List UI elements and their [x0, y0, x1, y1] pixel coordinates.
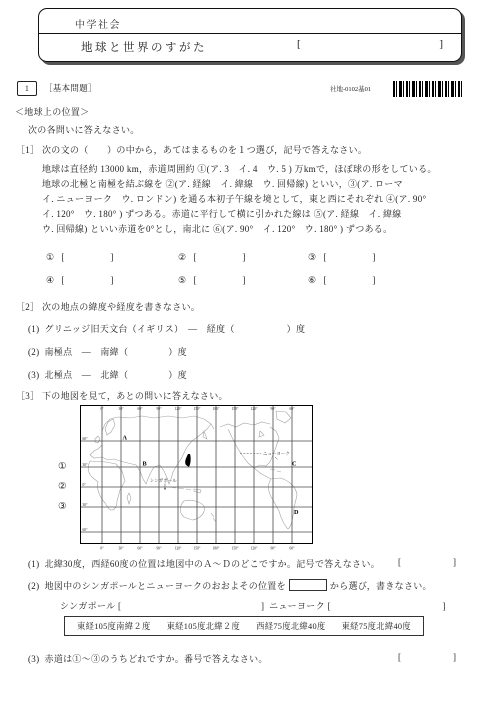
- answer-slot-6: ⑥[]: [308, 275, 375, 286]
- answer-slot-3: ③[]: [308, 252, 375, 263]
- name-entry-bracket: [ ]: [297, 38, 443, 50]
- line-number-1: ①: [58, 461, 67, 472]
- problem-number-badge: 1: [17, 81, 37, 96]
- q1-paragraph-line: ウ. 回帰線) といい赤道を0°とし，南北に ⑥(ア. 90° イ. 120° …: [42, 222, 494, 237]
- choice-box-placeholder: [289, 579, 327, 591]
- map-point-b: B: [143, 461, 147, 468]
- svg-text:150°: 150°: [232, 407, 239, 411]
- q3-prompt: 下の地図を見て，あとの問いに答えなさい。: [42, 389, 228, 402]
- q3-label: ［3］: [16, 389, 39, 402]
- subject-title: 中学社会: [75, 16, 121, 31]
- map-point-d: D: [294, 509, 299, 516]
- svg-text:60°: 60°: [83, 528, 89, 532]
- svg-text:0°: 0°: [100, 407, 104, 411]
- option: 東経75度北緯40度: [342, 620, 411, 632]
- q2-item: (2) 南極点 ― 南緯（）度: [28, 345, 187, 358]
- option: 西経75度北緯40度: [256, 620, 325, 632]
- option: 東経105度北緯２度: [167, 620, 241, 632]
- q2-item: (1) グリニッジ旧天文台（イギリス） ― 経度（）度: [28, 322, 305, 335]
- q1-paragraph-line: イ. 120° ウ. 180° ) ずつある。赤道に平行して横に引かれた線は ⑤…: [42, 207, 494, 222]
- q1-paragraph-line: 地球は直径約 13000 km，赤道周囲約 ①(ア. 3 イ. 4 ウ. 5 )…: [42, 162, 494, 177]
- svg-text:30°: 30°: [118, 407, 124, 411]
- svg-text:90°: 90°: [270, 407, 276, 411]
- q1-prompt: 次の文の（ ）の中から，あてはまるものを１つ選び，記号で答えなさい。: [42, 143, 367, 156]
- svg-text:0°: 0°: [83, 483, 87, 487]
- answer-options-box: 東経105度南緯２度 東経105度北緯２度 西経75度北緯40度 東経75度北緯…: [64, 616, 424, 636]
- map-border: [81, 406, 313, 544]
- svg-text:30°: 30°: [83, 463, 89, 467]
- answer-slot-2: ②[]: [178, 252, 245, 263]
- line-number-3: ③: [58, 501, 67, 512]
- svg-text:90°: 90°: [156, 547, 162, 551]
- section-instruction: 次の各問いに答えなさい。: [28, 123, 140, 136]
- title-box: 中学社会 地球と世界のすがた [ ]: [38, 8, 462, 62]
- q2-prompt: 次の地点の緯度や経度を書きなさい。: [42, 300, 200, 313]
- title-row: 地球と世界のすがた [ ]: [39, 34, 461, 60]
- svg-text:90°: 90°: [270, 547, 276, 551]
- svg-text:90°: 90°: [156, 407, 162, 411]
- svg-text:150°: 150°: [194, 407, 201, 411]
- q3-sub3-answer-bracket: []: [398, 652, 456, 662]
- svg-text:30°: 30°: [83, 503, 89, 507]
- q1-label: ［1］: [16, 143, 39, 156]
- svg-text:60°: 60°: [83, 437, 89, 441]
- map-svg: 0°0°30°30°60°60°90°90°120°120°150°150°18…: [80, 405, 313, 552]
- svg-text:150°: 150°: [194, 547, 201, 551]
- answer-slot-4: ④[]: [46, 275, 113, 286]
- worksheet-code: 社地-0102基01: [330, 84, 371, 93]
- option: 東経105度南緯２度: [77, 620, 151, 632]
- svg-text:0°: 0°: [100, 547, 104, 551]
- svg-text:30°: 30°: [118, 547, 124, 551]
- svg-text:120°: 120°: [251, 407, 258, 411]
- barcode: [393, 81, 462, 97]
- q1-paragraph-line: イ. ニューヨーク ウ. ロンドン) を通る本初子午線を境として，東と西にそれぞ…: [42, 192, 494, 207]
- q1-paragraph: 地球は直径約 13000 km，赤道周囲約 ①(ア. 3 イ. 4 ウ. 5 )…: [42, 162, 494, 237]
- svg-text:150°: 150°: [232, 547, 239, 551]
- line-number-2: ②: [58, 481, 67, 492]
- svg-text:120°: 120°: [175, 547, 182, 551]
- svg-text:180°: 180°: [213, 547, 220, 551]
- svg-text:60°: 60°: [137, 547, 143, 551]
- map-point-a: A: [123, 435, 128, 442]
- map-point-c: C: [292, 461, 296, 468]
- svg-text:60°: 60°: [289, 407, 295, 411]
- svg-text:180°: 180°: [213, 407, 220, 411]
- q3-sub3: (3) 赤道は①～③のうちどれですか。番号で答えなさい。: [28, 652, 268, 665]
- q3-sub2-answers: シンガポール [] ニューヨーク []: [60, 599, 445, 612]
- answer-slot-1: ①[]: [46, 252, 113, 263]
- q3-sub1-answer-bracket: []: [398, 557, 456, 567]
- problem-type-label: ［基本問題］: [44, 82, 97, 94]
- subject-row: 中学社会: [39, 9, 461, 34]
- q3-sub2: (2) 地図中のシンガポールとニューヨークのおおよその位置をから選び，書きなさい…: [28, 579, 432, 592]
- svg-text:60°: 60°: [289, 547, 295, 551]
- page-title: 地球と世界のすがた: [81, 39, 207, 55]
- section-heading: ＜地球上の位置＞: [15, 105, 89, 118]
- q1-paragraph-line: 地球の北極と南極を結ぶ線を ②(ア. 経線 イ. 緯線 ウ. 回帰線) といい，…: [42, 177, 494, 192]
- svg-text:120°: 120°: [251, 547, 258, 551]
- worksheet-page: 中学社会 地球と世界のすがた [ ] 1 ［基本問題］ 社地-0102基01 ＜…: [0, 0, 500, 708]
- answer-slot-5: ⑤[]: [178, 275, 245, 286]
- world-map: 0°0°30°30°60°60°90°90°120°120°150°150°18…: [80, 405, 313, 552]
- svg-text:120°: 120°: [175, 407, 182, 411]
- q2-item: (3) 北極点 ― 北緯（）度: [28, 368, 187, 381]
- singapore-dot: [164, 488, 166, 490]
- q2-label: ［2］: [16, 300, 39, 313]
- q3-sub1: (1) 北緯30度，西経60度の位置は地図中のＡ～Ｄのどこですか。記号で答えなさ…: [28, 557, 380, 570]
- svg-text:60°: 60°: [137, 407, 143, 411]
